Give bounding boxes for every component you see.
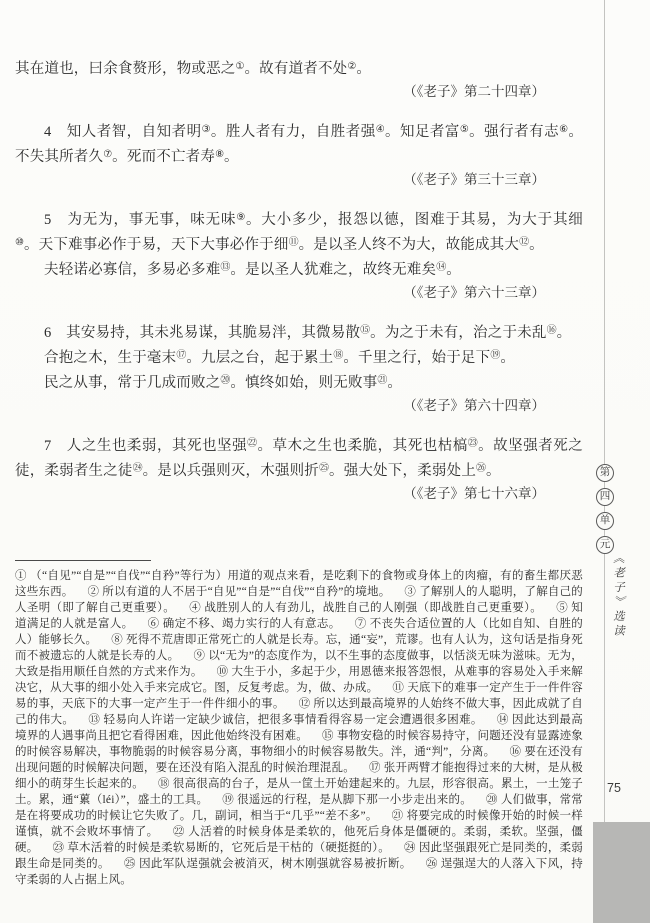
footnote-number: ⑱ [158,778,173,790]
passage: 4 知人者智，自知者明③。胜人者有力，自胜者强④。知足者富⑤。强行者有志⑥。不失… [15,120,583,190]
passage-paragraph: 5 为无为，事无事，味无味⑨。大小多少，报怨以德，图难于其易，为大于其细⑩。天下… [15,208,583,258]
footnote-number: ⑯ [509,746,524,758]
footnote-number: ② [88,586,103,598]
footnote-number: ⑮ [322,730,337,742]
footnote-text: 确定不移、竭力实行的人有意志。 [163,618,341,630]
footnote-text: 战胜别人的人有劲儿，战胜自己的人刚强（即战胜自己更重要）。 [204,602,542,614]
footnote-number: ⑲ [222,794,237,806]
footnote-number: ㉖ [426,858,441,870]
unit-char-circle: 单 [596,512,614,530]
source-attribution: （《老子》第六十四章） [15,396,583,416]
passage: 5 为无为，事无事，味无味⑨。大小多少，报怨以德，图难于其易，为大于其细⑩。天下… [15,208,583,303]
passage: 7 人之生也柔弱，其死也坚强㉒。草木之生也柔脆，其死也枯槁㉓。故坚强者死之徒，柔… [15,434,583,504]
footnote-number: ⑦ [355,618,370,630]
margin-rule [604,0,605,923]
source-attribution: （《老子》第二十四章） [15,82,583,102]
footnote-number: ④ [189,602,204,614]
book-page-scan: { "page": { "number": "75" }, "sidebar":… [0,0,650,923]
unit-char-circle: 第 [596,464,614,482]
passages: 其在道也，曰余食赘形，物或恶之①。故有道者不处②。（《老子》第二十四章）4 知人… [15,57,583,504]
unit-char-circle: 四 [596,488,614,506]
footnote-number: ⑩ [217,666,232,678]
passage-paragraph: 其在道也，曰余食赘形，物或恶之①。故有道者不处②。 [15,57,583,82]
footnote-text: 草木活着的时候是柔软易断的，它死后是干枯的（硬挺挺的）。 [67,842,390,854]
footnote-number: ⑭ [497,714,512,726]
source-attribution: （《老子》第六十三章） [15,283,583,303]
passage: 其在道也，曰余食赘形，物或恶之①。故有道者不处②。（《老子》第二十四章） [15,57,583,102]
footnote-number: ① [15,570,30,582]
source-attribution: （《老子》第三十三章） [15,170,583,190]
footnote-number: ③ [404,586,419,598]
footnote-number: ㉑ [392,810,407,822]
page-number: 75 [607,781,621,795]
footnote-number: ⑨ [193,650,208,662]
footnote-number: ⑳ [486,794,501,806]
source-attribution: （《老子》第七十六章） [15,484,583,504]
passage: 6 其安易持，其未兆易谋，其脆易泮，其微易散⑮。为之于未有，治之于未乱⑯。合抱之… [15,321,583,416]
passage-paragraph: 7 人之生也柔弱，其死也坚强㉒。草木之生也柔脆，其死也枯槁㉓。故坚强者死之徒，柔… [15,434,583,484]
footnote-number: ㉓ [52,842,67,854]
content-column: 其在道也，曰余食赘形，物或恶之①。故有道者不处②。（《老子》第二十四章）4 知人… [15,57,583,888]
footnote-number: ㉒ [173,826,189,838]
footnote-text: 因此军队逞强就会被消灭，树木刚强就容易被折断。 [139,858,412,870]
passage-paragraph: 合抱之木，生于毫末⑰。九层之台，起于累土⑱。千里之行，始于足下⑲。 [15,346,583,371]
footnote-number: ⑤ [556,602,571,614]
footnote-text: 很遥远的行程，是从脚下那一小步走出来的。 [237,794,472,806]
footnote-number: ⑪ [392,682,407,694]
passage-paragraph: 6 其安易持，其未兆易谋，其脆易泮，其微易散⑮。为之于未有，治之于未乱⑯。 [15,321,583,346]
footnote-number: ㉕ [124,858,139,870]
passage-paragraph: 夫轻诺必寡信，多易必多难⑬。是以圣人犹难之，故终无难矣⑭。 [15,258,583,283]
footnote-number: ⑬ [88,714,103,726]
footnote-number: ㉔ [404,842,419,854]
footnote-number: ⑰ [369,762,384,774]
footnote-number: ⑧ [111,634,126,646]
book-series-label: 《老子》选读 [610,552,626,639]
passage-paragraph: 民之从事，常于几成而败之⑳。慎终如始，则无败事㉑。 [15,371,583,396]
footnote-text: 所以有道的人不居于“自见”“自是”“自伐”“自矜”的境地。 [102,586,390,598]
footnote-number: ⑫ [299,698,314,710]
footnote-text: 轻易向人许诺一定缺少诚信，把很多事情看得容易一定会遭遇很多困难。 [104,714,483,726]
footnote-number: ⑥ [148,618,163,630]
corner-gray-block [593,822,650,923]
unit-tab: 第四单元 [596,464,614,554]
footnote-divider [15,560,151,561]
footnotes: ① （“自见”“自是”“自伐”“自矜”等行为）用道的观点来看，是吃剩下的食物或身… [15,568,583,888]
passage-paragraph: 4 知人者智，自知者明③。胜人者有力，自胜者强④。知足者富⑤。强行者有志⑥。不失… [15,120,583,170]
